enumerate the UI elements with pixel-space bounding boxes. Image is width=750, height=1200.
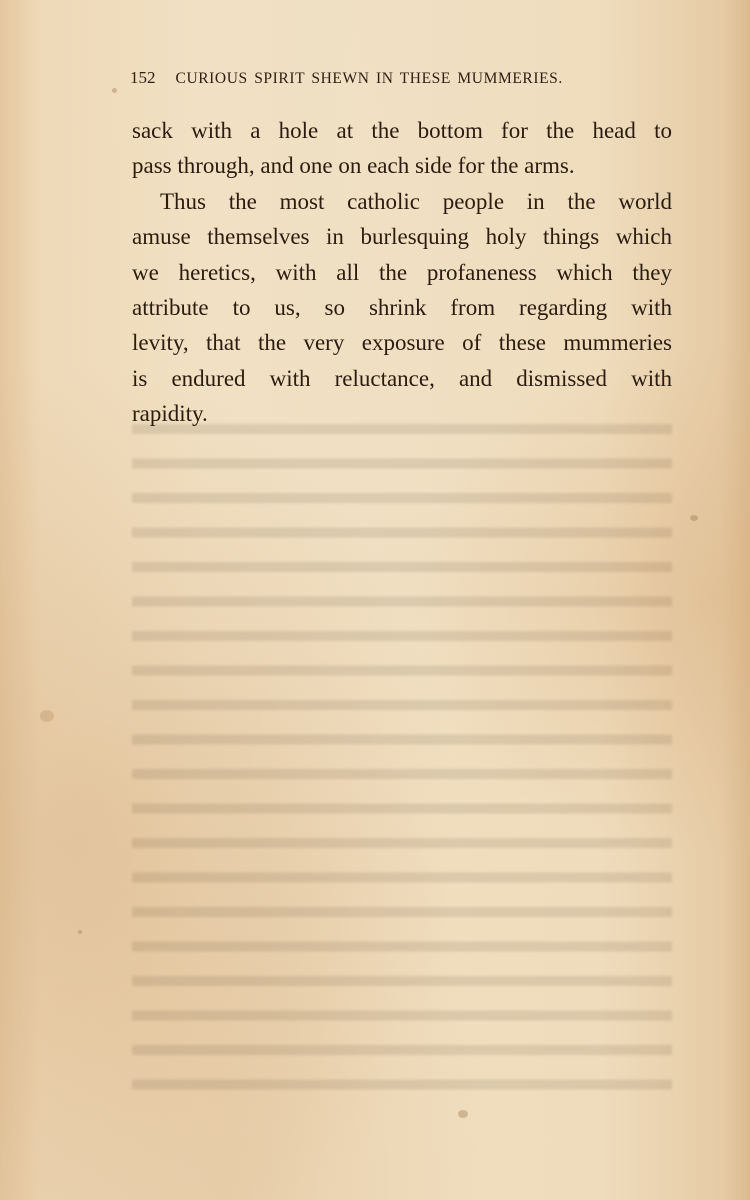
page-number: 152 [130, 68, 156, 88]
text-line: levity, that the very exposure of these … [132, 325, 672, 360]
running-head: 152 CURIOUS SPIRIT SHEWN IN THESE MUMMER… [130, 68, 642, 88]
text-line: amuse themselves in burlesquing holy thi… [132, 219, 672, 254]
text-line: we heretics, with all the profaneness wh… [132, 255, 672, 290]
bleed-through-text [132, 410, 672, 1090]
text-line: sack with a hole at the bottom for the h… [132, 113, 672, 148]
book-page: 152 CURIOUS SPIRIT SHEWN IN THESE MUMMER… [0, 0, 750, 1200]
running-title: CURIOUS SPIRIT SHEWN IN THESE MUMMERIES. [176, 70, 643, 88]
text-line: attribute to us, so shrink from regardin… [132, 290, 672, 325]
foxing-spot [458, 1110, 468, 1118]
body-text: sack with a hole at the bottom for the h… [132, 113, 672, 432]
foxing-spot [112, 88, 117, 93]
text-line: rapidity. [132, 396, 672, 431]
foxing-spot [690, 515, 698, 521]
foxing-spot [78, 930, 82, 934]
text-line: pass through, and one on each side for t… [132, 148, 672, 183]
text-line: is endured with reluctance, and dismisse… [132, 361, 672, 396]
paragraph-first-line: Thus the most catholic people in the wor… [132, 184, 672, 219]
foxing-spot [40, 710, 54, 722]
